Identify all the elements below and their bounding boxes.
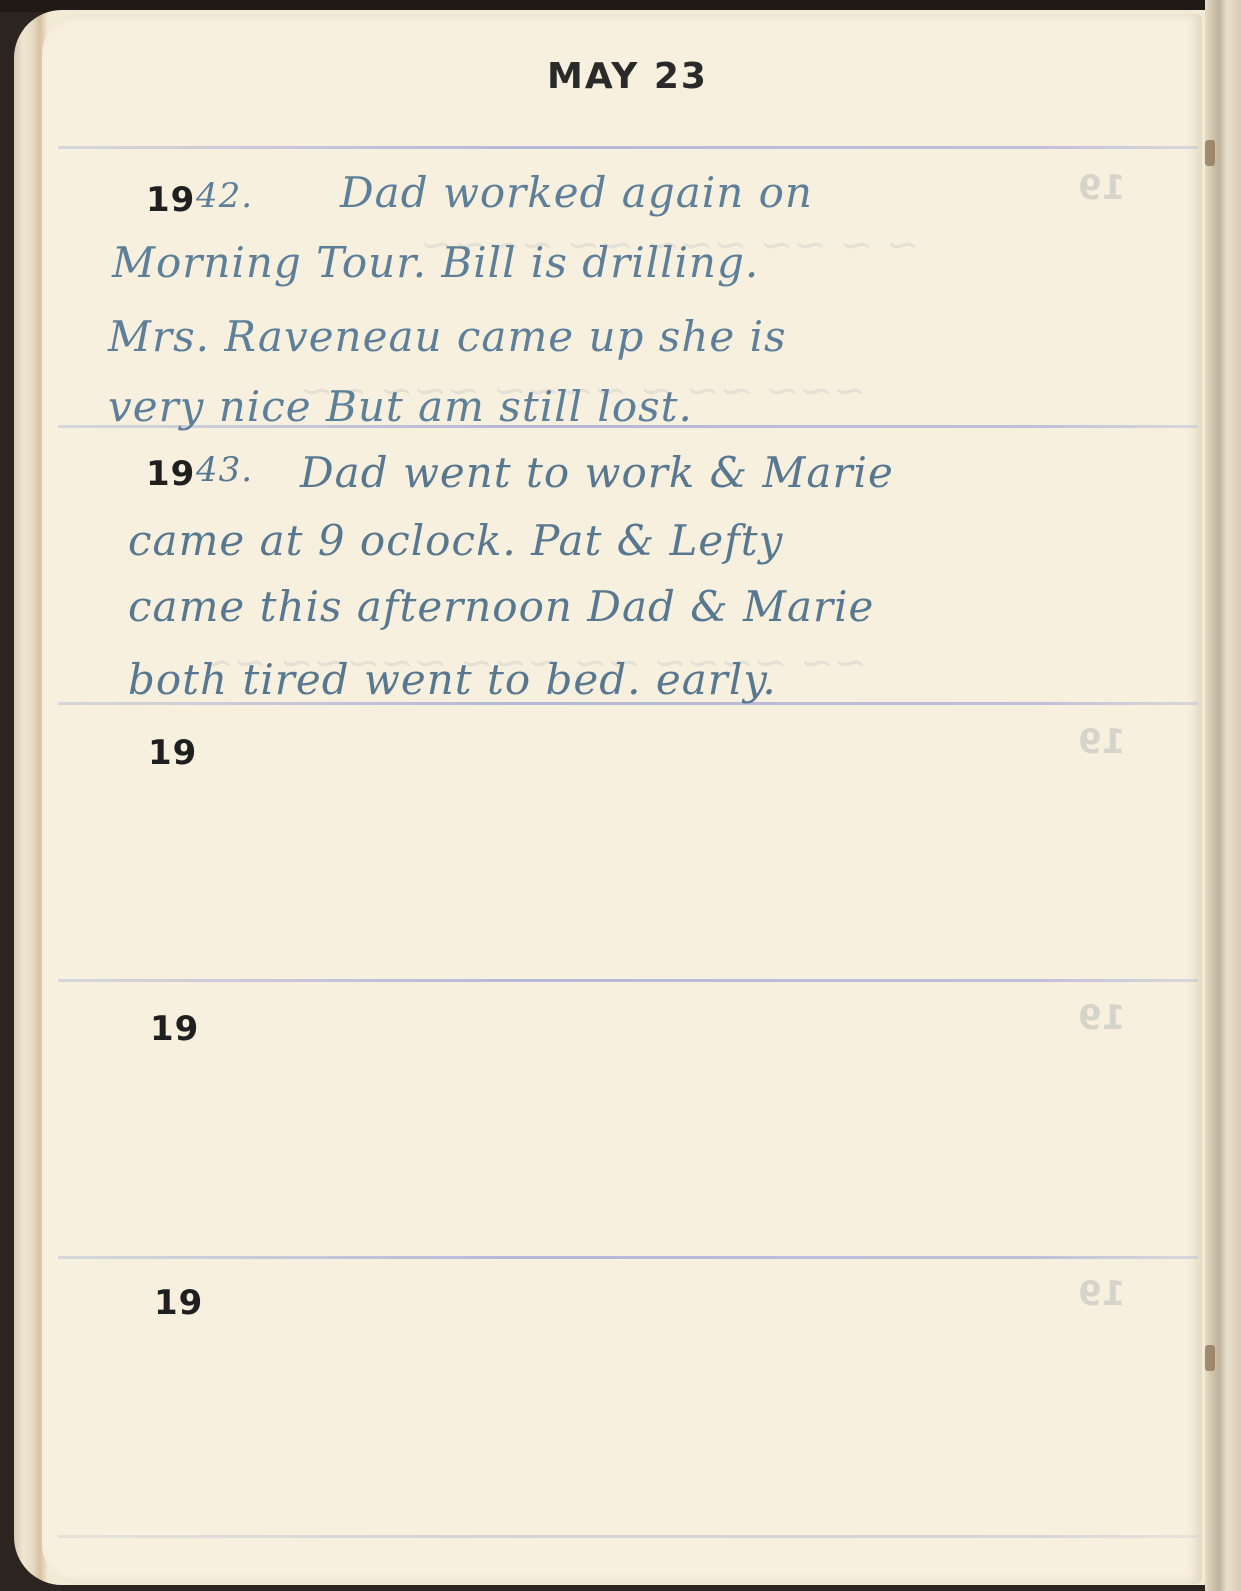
bleed-through-year: 19 — [1078, 722, 1125, 762]
printed-year-prefix: 19 — [150, 1009, 199, 1049]
page-date-header: MAY 23 — [0, 56, 1241, 97]
ruled-line — [58, 1256, 1198, 1259]
binding-stitch — [1205, 1345, 1215, 1371]
handwritten-year-suffix: 42. — [196, 176, 253, 216]
handwritten-line: Mrs. Raveneau came up she is — [108, 312, 787, 361]
handwritten-line: very nice But am still lost. — [108, 382, 693, 431]
handwritten-line: came at 9 oclock. Pat & Lefty — [128, 516, 783, 565]
bleed-through-year: 19 — [1078, 1274, 1125, 1314]
binding-stitch — [1205, 140, 1215, 166]
bleed-through-year: 19 — [1078, 168, 1125, 208]
handwritten-line: came this afternoon Dad & Marie — [128, 582, 874, 631]
handwritten-line: Dad worked again on — [340, 168, 813, 217]
handwritten-year-suffix: 43. — [196, 450, 253, 490]
handwritten-line: both tired went to bed. early. — [128, 655, 777, 704]
ruled-line — [58, 979, 1198, 982]
ruled-line — [58, 1535, 1198, 1538]
printed-year-prefix: 19 — [154, 1283, 203, 1323]
handwritten-line: Dad went to work & Marie — [300, 448, 894, 497]
printed-year-prefix: 19 — [148, 733, 197, 773]
diary-page-scan: MAY 23 19 19 19 19 ~ ~ ~~ ~~~ ~~ ~~~~ ~~… — [0, 0, 1241, 1591]
ruled-line — [58, 146, 1198, 149]
handwritten-line: Morning Tour. Bill is drilling. — [112, 238, 759, 287]
printed-year-prefix: 19 — [146, 180, 195, 220]
book-binding — [1205, 0, 1241, 1591]
bleed-through-year: 19 — [1078, 998, 1125, 1038]
printed-year-prefix: 19 — [146, 454, 195, 494]
